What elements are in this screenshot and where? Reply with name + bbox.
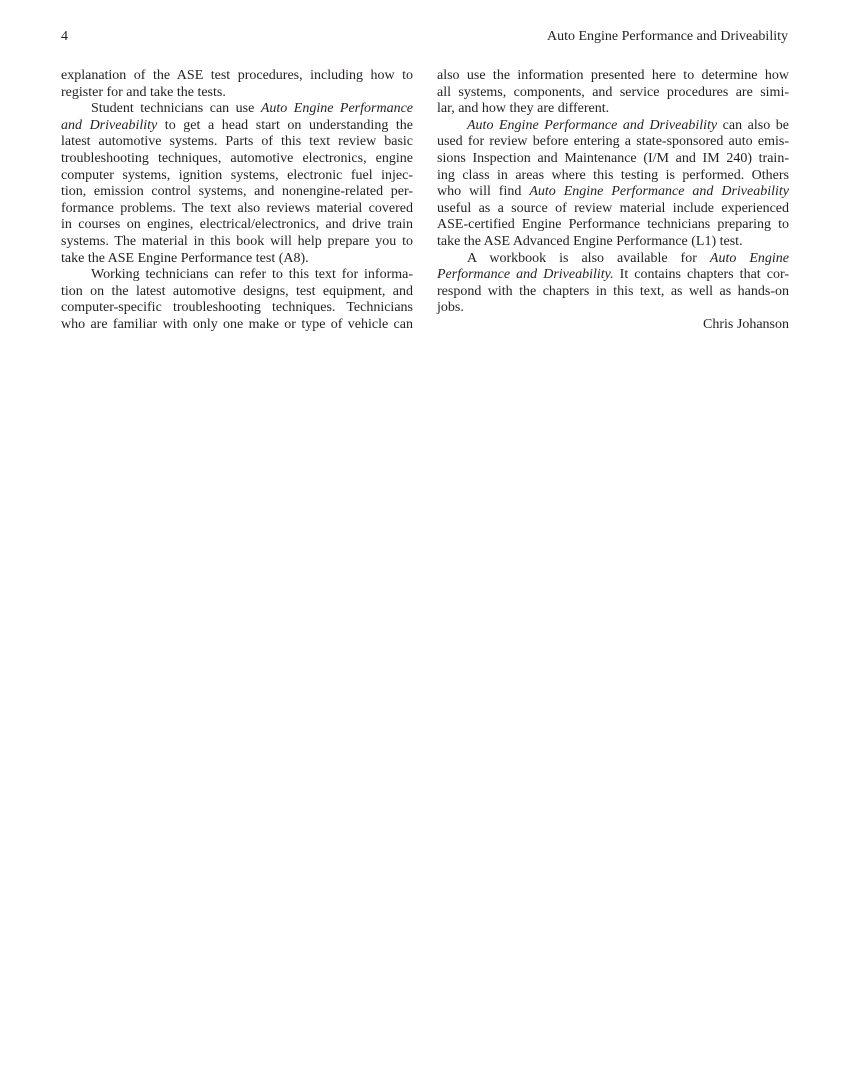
body-text: used for review before entering a state-…	[437, 134, 789, 149]
body-text: all systems, components, and service pro…	[437, 85, 789, 100]
text-line: Performance and Driveability. It contain…	[437, 267, 789, 284]
text-column-right: also use the information presented here …	[437, 68, 789, 334]
author-signature: Chris Johanson	[437, 317, 789, 334]
text-line: Working technicians can refer to this te…	[61, 267, 413, 284]
page-number: 4	[61, 29, 68, 45]
text-line: latest automotive systems. Parts of this…	[61, 134, 413, 151]
text-line: ASE-certified Engine Performance technic…	[437, 217, 789, 234]
body-text: ASE-certified Engine Performance technic…	[437, 217, 789, 232]
text-line: explanation of the ASE test procedures, …	[61, 68, 413, 85]
text-line: and Driveability to get a head start on …	[61, 118, 413, 135]
body-text: lar, and how they are different.	[437, 101, 609, 116]
body-text: latest automotive systems. Parts of this…	[61, 134, 413, 149]
body-text: computer-specific troubleshooting techni…	[61, 300, 413, 315]
text-line: computer-specific troubleshooting techni…	[61, 300, 413, 317]
body-text: take the ASE Advanced Engine Performance…	[437, 234, 743, 249]
body-text: register for and take the tests.	[61, 85, 226, 100]
body-text: troubleshooting techniques, automotive e…	[61, 151, 413, 166]
text-line: useful as a source of review material in…	[437, 201, 789, 218]
text-line: sions Inspection and Maintenance (I/M an…	[437, 151, 789, 168]
body-text: who will find	[437, 184, 529, 199]
body-text: Working technicians can refer to this te…	[91, 267, 413, 282]
italic-title-text: Auto Engine	[710, 251, 789, 266]
italic-title-text: Auto Engine Performance and Driveability	[529, 184, 789, 199]
running-head: Auto Engine Performance and Driveability	[547, 29, 788, 45]
body-text: respond with the chapters in this text, …	[437, 284, 789, 299]
text-line: formance problems. The text also reviews…	[61, 201, 413, 218]
body-text: Chris Johanson	[703, 317, 789, 332]
text-line: also use the information presented here …	[437, 68, 789, 85]
italic-title-text: Auto Engine Performance	[261, 101, 413, 116]
body-text: tion, emission control systems, and none…	[61, 184, 413, 199]
text-line: register for and take the tests.	[61, 85, 413, 102]
text-line: Student technicians can use Auto Engine …	[61, 101, 413, 118]
body-text: Student technicians can use	[91, 101, 261, 116]
body-text: It contains chapters that cor-	[614, 267, 789, 282]
body-text: explanation of the ASE test procedures, …	[61, 68, 413, 83]
body-text: formance problems. The text also reviews…	[61, 201, 413, 216]
text-line: all systems, components, and service pro…	[437, 85, 789, 102]
body-text: A workbook is also available for	[467, 251, 710, 266]
text-line: used for review before entering a state-…	[437, 134, 789, 151]
text-line: ing class in areas where this testing is…	[437, 168, 789, 185]
text-line: who will find Auto Engine Performance an…	[437, 184, 789, 201]
body-text: systems. The material in this book will …	[61, 234, 413, 249]
text-line: who are familiar with only one make or t…	[61, 317, 413, 334]
body-text: to get a head start on understanding the	[157, 118, 413, 133]
text-line: Auto Engine Performance and Driveability…	[437, 118, 789, 135]
text-line: take the ASE Advanced Engine Performance…	[437, 234, 789, 251]
body-text: take the ASE Engine Performance test (A8…	[61, 251, 309, 266]
body-text: useful as a source of review material in…	[437, 201, 789, 216]
text-line: tion on the latest automotive designs, t…	[61, 284, 413, 301]
text-line: systems. The material in this book will …	[61, 234, 413, 251]
body-text: ing class in areas where this testing is…	[437, 168, 789, 183]
italic-title-text: Auto Engine Performance and Driveability	[467, 118, 717, 133]
text-line: lar, and how they are different.	[437, 101, 789, 118]
text-line: respond with the chapters in this text, …	[437, 284, 789, 301]
body-text: computer systems, ignition systems, elec…	[61, 168, 413, 183]
body-text: in courses on engines, electrical/electr…	[61, 217, 413, 232]
body-text: also use the information presented here …	[437, 68, 789, 83]
body-text: sions Inspection and Maintenance (I/M an…	[437, 151, 789, 166]
text-line: tion, emission control systems, and none…	[61, 184, 413, 201]
body-text: tion on the latest automotive designs, t…	[61, 284, 413, 299]
text-line: take the ASE Engine Performance test (A8…	[61, 251, 413, 268]
italic-title-text: and Driveability	[61, 118, 157, 133]
text-line: computer systems, ignition systems, elec…	[61, 168, 413, 185]
text-line: troubleshooting techniques, automotive e…	[61, 151, 413, 168]
text-line: jobs.	[437, 300, 789, 317]
body-text: who are familiar with only one make or t…	[61, 317, 413, 332]
text-line: A workbook is also available for Auto En…	[437, 251, 789, 268]
body-text: jobs.	[437, 300, 464, 315]
text-column-left: explanation of the ASE test procedures, …	[61, 68, 413, 334]
body-text: can also be	[717, 118, 789, 133]
text-line: in courses on engines, electrical/electr…	[61, 217, 413, 234]
italic-title-text: Performance and Driveability.	[437, 267, 614, 282]
